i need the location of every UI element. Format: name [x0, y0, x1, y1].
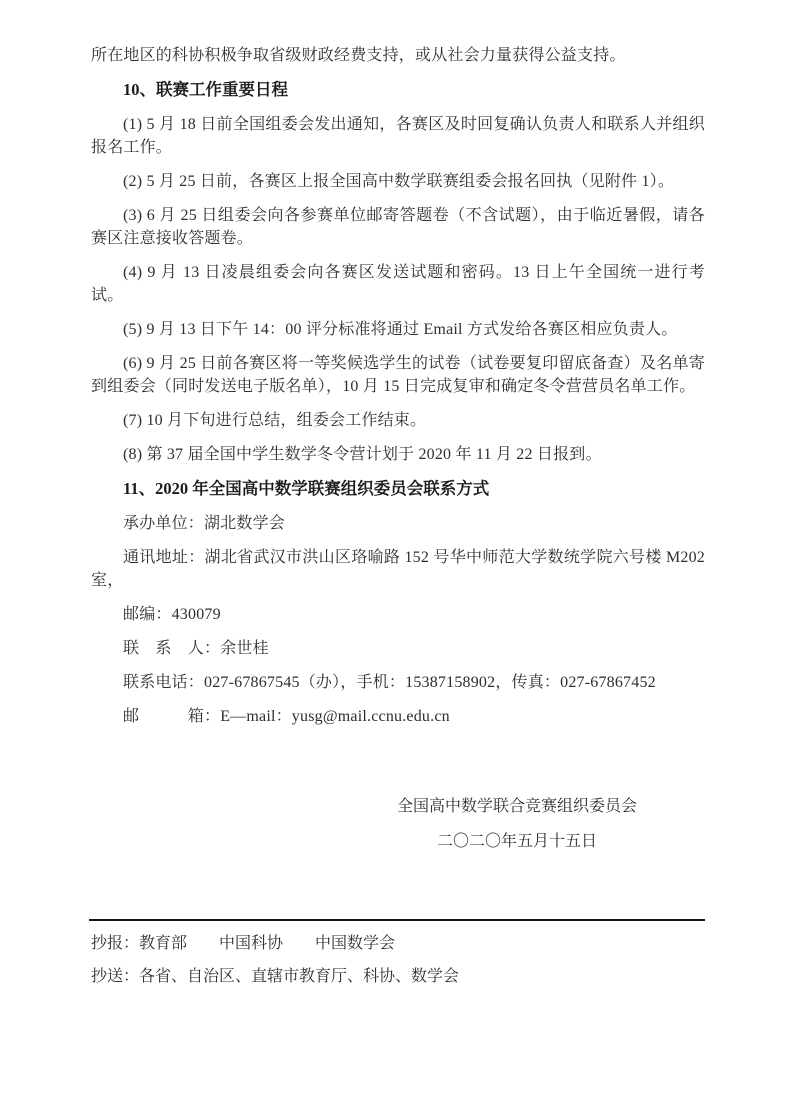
footer-divider — [89, 919, 705, 921]
schedule-item-4: (4) 9 月 13 日凌晨组委会向各赛区发送试题和密码。13 日上午全国统一进… — [91, 261, 705, 307]
contact-email: 邮 箱：E—mail：yusg@mail.ccnu.edu.cn — [91, 705, 705, 728]
contact-phone: 联系电话：027-67867545（办），手机：15387158902，传真：0… — [91, 671, 705, 694]
schedule-item-6: (6) 9 月 25 日前各赛区将一等奖候选学生的试卷（试卷要复印留底备查）及名… — [91, 352, 705, 398]
section-11-heading: 11、2020 年全国高中数学联赛组织委员会联系方式 — [91, 477, 705, 501]
signature-date: 二〇二〇年五月十五日 — [395, 830, 639, 853]
contact-address: 通讯地址：湖北省武汉市洪山区珞喻路 152 号华中师范大学数统学院六号楼 M20… — [91, 546, 705, 592]
schedule-item-1: (1) 5 月 18 日前全国组委会发出通知，各赛区及时回复确认负责人和联系人并… — [91, 113, 705, 159]
schedule-item-3: (3) 6 月 25 日组委会向各参赛单位邮寄答题卷（不含试题），由于临近暑假，… — [91, 204, 705, 250]
document-page: 所在地区的科协积极争取省级财政经费支持，或从社会力量获得公益支持。 10、联赛工… — [0, 0, 794, 1097]
copy-report-line: 抄报：教育部 中国科协 中国数学会 — [91, 932, 705, 955]
schedule-item-7: (7) 10 月下旬进行总结，组委会工作结束。 — [91, 409, 705, 432]
schedule-item-2: (2) 5 月 25 日前，各赛区上报全国高中数学联赛组委会报名回执（见附件 1… — [91, 170, 705, 193]
section-10-heading: 10、联赛工作重要日程 — [91, 78, 705, 102]
copy-send-line: 抄送：各省、自治区、直辖市教育厅、科协、数学会 — [91, 965, 705, 988]
contact-person: 联 系 人：余世桂 — [91, 637, 705, 660]
schedule-item-8: (8) 第 37 届全国中学生数学冬令营计划于 2020 年 11 月 22 日… — [91, 443, 705, 466]
contact-host-org: 承办单位：湖北数学会 — [91, 512, 705, 535]
schedule-item-5: (5) 9 月 13 日下午 14：00 评分标准将通过 Email 方式发给各… — [91, 318, 705, 341]
signature-block: 全国高中数学联合竞赛组织委员会 二〇二〇年五月十五日 — [395, 795, 639, 853]
signature-organization: 全国高中数学联合竞赛组织委员会 — [395, 795, 639, 818]
paragraph-intro: 所在地区的科协积极争取省级财政经费支持，或从社会力量获得公益支持。 — [91, 44, 705, 67]
contact-postcode: 邮编：430079 — [91, 603, 705, 626]
